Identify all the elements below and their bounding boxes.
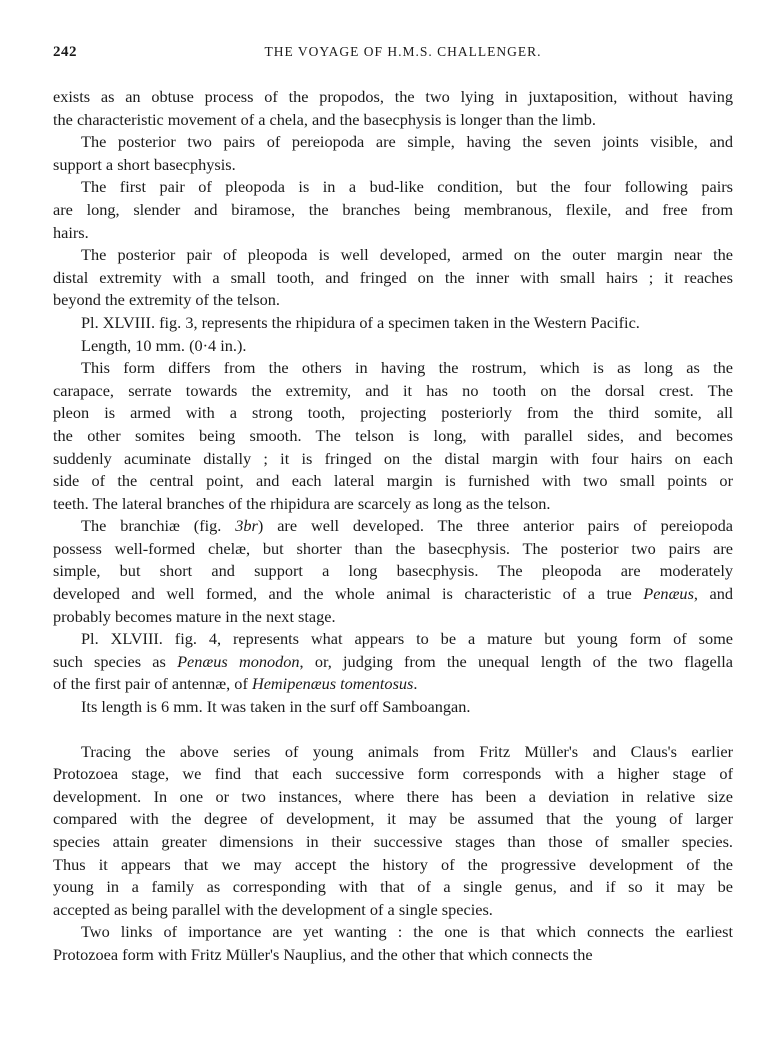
text-line: the characteristic movement of a chela, … bbox=[53, 109, 733, 132]
text-line: Pl. XLVIII. fig. 3, represents the rhipi… bbox=[53, 312, 733, 335]
body-text: exists as an obtuse process of the propo… bbox=[53, 86, 733, 967]
paragraph: The posterior pair of pleopoda is well d… bbox=[53, 244, 733, 312]
text-line: Its length is 6 mm. It was taken in the … bbox=[53, 696, 733, 719]
paragraph: The first pair of pleopoda is in a bud-l… bbox=[53, 176, 733, 244]
text-line: developed and well formed, and the whole… bbox=[53, 583, 733, 606]
text-line: the other somites being smooth. The tels… bbox=[53, 425, 733, 448]
text-line: possess well-formed chelæ, but shorter t… bbox=[53, 538, 733, 561]
text-line: Tracing the above series of young animal… bbox=[53, 741, 733, 764]
text-line: Pl. XLVIII. fig. 4, represents what appe… bbox=[53, 628, 733, 651]
text-line: development. In one or two instances, wh… bbox=[53, 786, 733, 809]
text-line: pleon is armed with a strong tooth, proj… bbox=[53, 402, 733, 425]
text-line: young in a family as corresponding with … bbox=[53, 876, 733, 899]
paragraph: Tracing the above series of young animal… bbox=[53, 741, 733, 922]
text-line: The branchiæ (fig. 3br) are well develop… bbox=[53, 515, 733, 538]
paragraph: exists as an obtuse process of the propo… bbox=[53, 86, 733, 131]
paragraph: The posterior two pairs of pereiopoda ar… bbox=[53, 131, 733, 176]
paragraph: Its length is 6 mm. It was taken in the … bbox=[53, 696, 733, 719]
text-line: of the first pair of antennæ, of Hemipen… bbox=[53, 673, 733, 696]
paragraph: Pl. XLVIII. fig. 4, represents what appe… bbox=[53, 628, 733, 696]
text-line: side of the central point, and each late… bbox=[53, 470, 733, 493]
text-line: teeth. The lateral branches of the rhipi… bbox=[53, 493, 733, 516]
text-line: This form differs from the others in hav… bbox=[53, 357, 733, 380]
text-line: The posterior pair of pleopoda is well d… bbox=[53, 244, 733, 267]
text-line: carapace, serrate towards the extremity,… bbox=[53, 380, 733, 403]
text-line: such species as Penæus monodon, or, judg… bbox=[53, 651, 733, 674]
running-title: THE VOYAGE OF H.M.S. CHALLENGER. bbox=[53, 44, 733, 60]
text-line: simple, but short and support a long bas… bbox=[53, 560, 733, 583]
text-line: accepted as being parallel with the deve… bbox=[53, 899, 733, 922]
text-line: Thus it appears that we may accept the h… bbox=[53, 854, 733, 877]
paragraph: Two links of importance are yet wanting … bbox=[53, 921, 733, 966]
text-line: compared with the degree of development,… bbox=[53, 808, 733, 831]
text-line: Protozoea form with Fritz Müller's Naupl… bbox=[53, 944, 733, 967]
paragraph: Length, 10 mm. (0·4 in.). bbox=[53, 335, 733, 358]
text-line: hairs. bbox=[53, 222, 733, 245]
text-line: The posterior two pairs of pereiopoda ar… bbox=[53, 131, 733, 154]
text-line: beyond the extremity of the telson. bbox=[53, 289, 733, 312]
text-line: Two links of importance are yet wanting … bbox=[53, 921, 733, 944]
document-page: 242 THE VOYAGE OF H.M.S. CHALLENGER. exi… bbox=[53, 44, 733, 967]
text-line: suddenly acuminate distally ; it is frin… bbox=[53, 448, 733, 471]
text-line: probably becomes mature in the next stag… bbox=[53, 606, 733, 629]
text-line: species attain greater dimensions in the… bbox=[53, 831, 733, 854]
paragraph: The branchiæ (fig. 3br) are well develop… bbox=[53, 515, 733, 628]
text-line: are long, slender and biramose, the bran… bbox=[53, 199, 733, 222]
running-head: 242 THE VOYAGE OF H.M.S. CHALLENGER. bbox=[53, 44, 733, 68]
text-line: Protozoea stage, we find that each succe… bbox=[53, 763, 733, 786]
text-line: support a short basecphysis. bbox=[53, 154, 733, 177]
text-line: Length, 10 mm. (0·4 in.). bbox=[53, 335, 733, 358]
text-line: exists as an obtuse process of the propo… bbox=[53, 86, 733, 109]
paragraph: Pl. XLVIII. fig. 3, represents the rhipi… bbox=[53, 312, 733, 335]
paragraph: This form differs from the others in hav… bbox=[53, 357, 733, 515]
text-line: distal extremity with a small tooth, and… bbox=[53, 267, 733, 290]
text-line: The first pair of pleopoda is in a bud-l… bbox=[53, 176, 733, 199]
